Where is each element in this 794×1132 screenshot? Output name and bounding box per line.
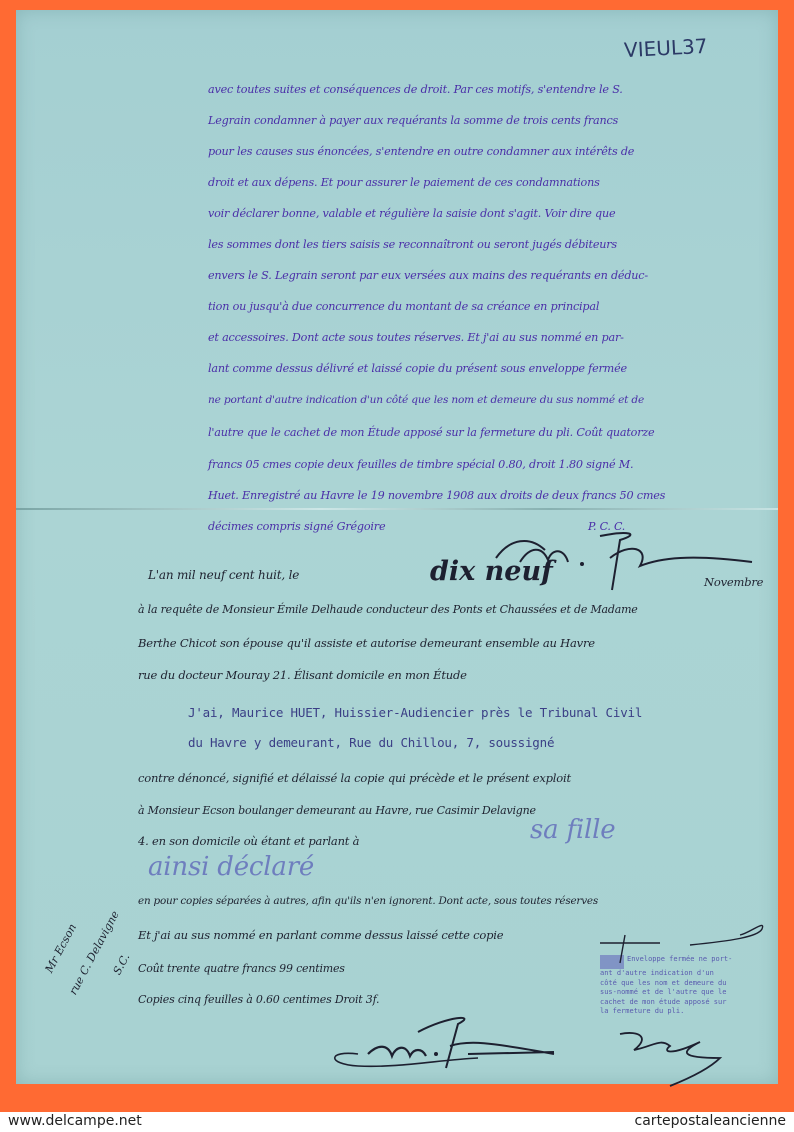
text-line: envers le S. Legrain seront par eux vers… [208, 269, 648, 282]
text-line: tion ou jusqu'à due concurrence du monta… [208, 300, 599, 313]
text-line: les sommes dont les tiers saisis se reco… [208, 238, 617, 251]
text-line: et accessoires. Dont acte sous toutes ré… [208, 331, 624, 344]
closing-line: Et j'ai au sus nommé en parlant comme de… [138, 928, 503, 942]
paper-fold-line [16, 508, 778, 510]
text-line: droit et aux dépens. Et pour assurer le … [208, 176, 600, 189]
date-day: dix neuf [430, 556, 553, 587]
text-line: francs 05 cmes copie deux feuilles de ti… [208, 458, 633, 471]
bailiff-stamp-line1: J'ai, Maurice HUET, Huissier-Audiencier … [188, 705, 642, 720]
signature-lower-icon [318, 1010, 568, 1080]
date-month: Novembre [704, 575, 763, 589]
watermark-bar: www.delcampe.net cartepostaleancienne [0, 1112, 794, 1132]
closing-line: Copies cinq feuilles à 0.60 centimes Dro… [138, 993, 379, 1006]
closing-line: en pour copies séparées à autres, afin q… [138, 895, 598, 907]
text-line: l'autre que le cachet de mon Étude appos… [208, 426, 654, 439]
recipient-pencil-line2: ainsi déclaré [148, 852, 314, 882]
recipient-pencil-line1: sa fille [530, 815, 615, 845]
request-line: à la requête de Monsieur Émile Delhaude … [138, 603, 638, 616]
service-line: à Monsieur Ecson boulanger demeurant au … [138, 804, 536, 817]
text-line: Legrain condamner à payer aux requérants… [208, 114, 618, 127]
text-line: lant comme dessus délivré et laissé copi… [208, 362, 627, 375]
watermark-right: cartepostaleancienne [635, 1113, 786, 1129]
text-line: pour les causes sus énoncées, s'entendre… [208, 145, 634, 158]
request-line: Berthe Chicot son épouse qu'il assiste e… [138, 636, 595, 650]
margin-note: Mr Ecson rue C. Delavigne S.C. [40, 900, 150, 990]
watermark-left: www.delcampe.net [8, 1113, 142, 1129]
service-line: contre dénoncé, signifié et délaissé la … [138, 771, 571, 785]
paraph-icon [610, 1028, 740, 1088]
request-line: rue du docteur Mouray 21. Élisant domici… [138, 668, 467, 682]
bailiff-stamp-line2: du Havre y demeurant, Rue du Chillou, 7,… [188, 735, 554, 750]
reference-mark: VIEUL37 [623, 34, 708, 62]
closing-line: Coût trente quatre francs 99 centimes [138, 962, 345, 975]
service-line: 4. en son domicile où étant et parlant à [138, 834, 359, 848]
text-line: avec toutes suites et conséquences de dr… [208, 83, 623, 96]
text-line: ne portant d'autre indication d'un côté … [208, 394, 644, 406]
cross-mark-icon [570, 915, 770, 965]
date-prefix: L'an mil neuf cent huit, le [148, 568, 299, 582]
text-line: décimes compris signé Grégoire [208, 520, 385, 533]
text-line: voir déclarer bonne, valable et régulièr… [208, 207, 615, 220]
text-line: Huet. Enregistré au Havre le 19 novembre… [208, 489, 665, 502]
